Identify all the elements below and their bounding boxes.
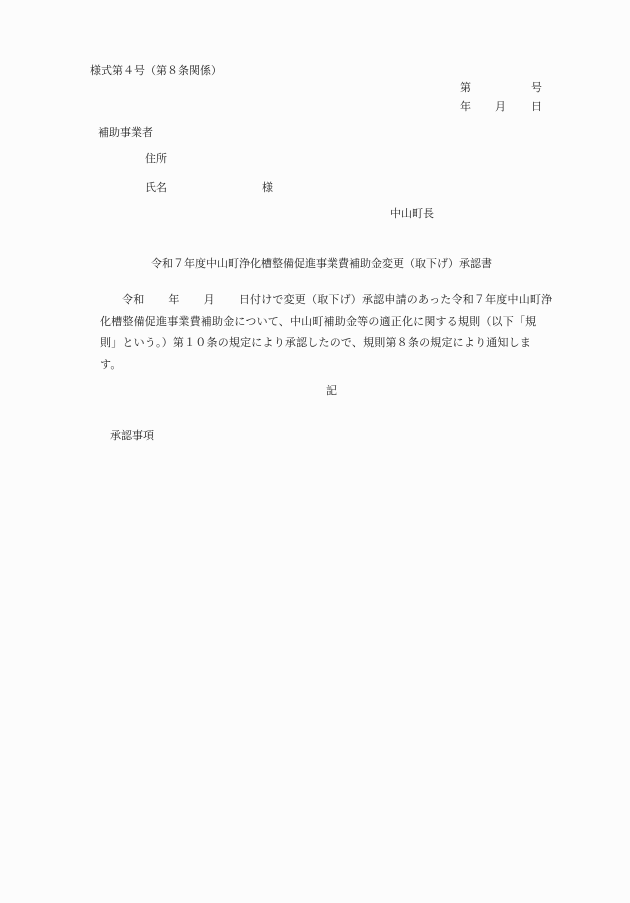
body-line-1: 令和年月日付けで変更（取下げ）承認申請のあった令和７年度中山町浄 bbox=[100, 289, 566, 311]
honorific: 様 bbox=[262, 181, 273, 194]
document-title: 令和７年度中山町浄化槽整備促進事業費補助金変更（取下げ）承認書 bbox=[151, 257, 492, 270]
doc-number-prefix: 第 bbox=[460, 81, 471, 94]
body-line-2: 化槽整備促進事業費補助金について、中山町補助金等の適正化に関する規則（以下「規 bbox=[100, 311, 566, 333]
ki-marker: 記 bbox=[326, 384, 337, 397]
form-number: 様式第４号（第８条関係） bbox=[90, 64, 222, 77]
approval-items-label: 承認事項 bbox=[110, 429, 154, 442]
date-year: 年 bbox=[460, 100, 471, 113]
name-label: 氏名 bbox=[145, 181, 167, 194]
body-line-4: す。 bbox=[100, 354, 566, 376]
body-year: 年 bbox=[168, 293, 179, 306]
date-month: 月 bbox=[495, 100, 506, 113]
body-month: 月 bbox=[204, 293, 215, 306]
body-line-1-rest: 日付けで変更（取下げ）承認申請のあった令和７年度中山町浄 bbox=[239, 293, 553, 306]
body-paragraph: 令和年月日付けで変更（取下げ）承認申請のあった令和７年度中山町浄 化槽整備促進事… bbox=[100, 289, 566, 375]
date-day: 日 bbox=[531, 100, 542, 113]
body-line-3: 則」という。）第１０条の規定により承認したので、規則第８条の規定により通知しま bbox=[100, 332, 566, 354]
doc-number-suffix: 号 bbox=[531, 81, 542, 94]
issuer: 中山町長 bbox=[390, 207, 434, 220]
address-label: 住所 bbox=[145, 152, 167, 165]
body-era: 令和 bbox=[122, 293, 144, 306]
recipient-heading: 補助事業者 bbox=[98, 126, 153, 139]
